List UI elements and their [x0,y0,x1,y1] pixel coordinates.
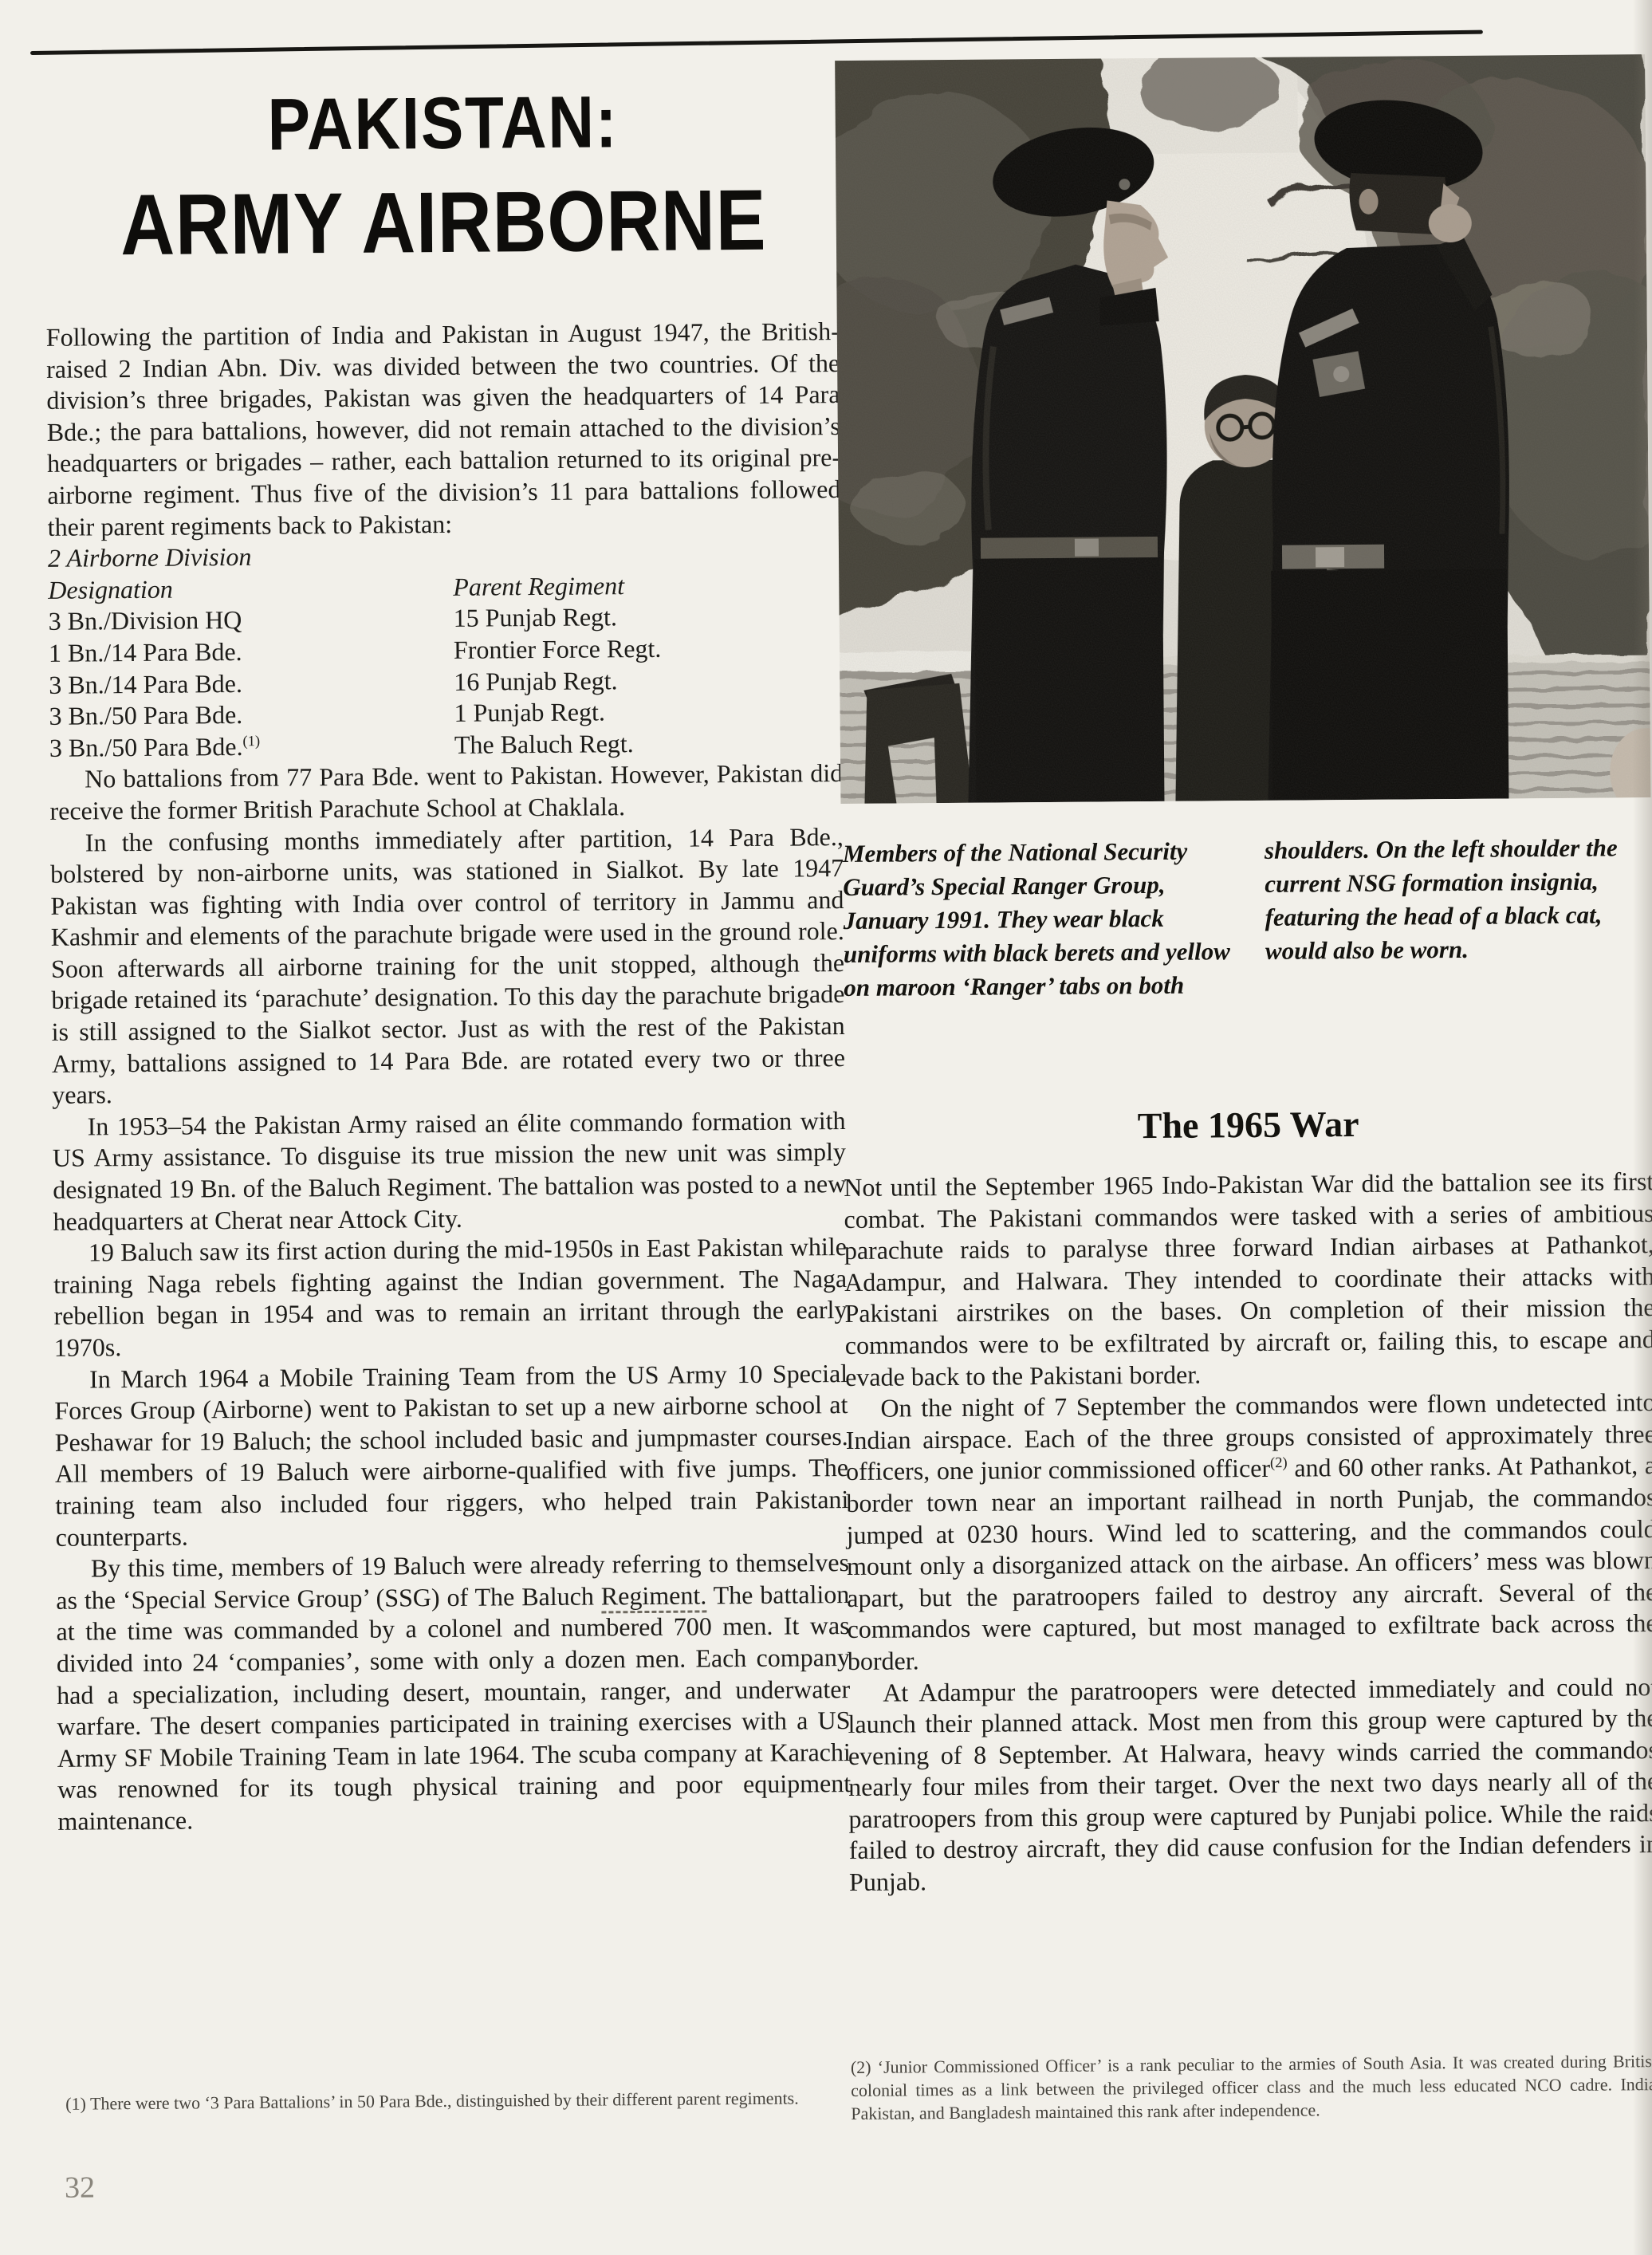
title-line-2: ARMY AIRBORNE [120,177,767,268]
paragraph: In March 1964 a Mobile Training Team fro… [54,1358,849,1553]
left-paragraphs: No battalions from 77 Para Bde. went to … [49,758,852,1837]
cell-parent-regiment: 1 Punjab Regt. [454,695,842,729]
text-run: The battalion at the time was commanded … [56,1580,851,1836]
unit-table-rows: 3 Bn./Division HQ15 Punjab Regt.1 Bn./14… [48,600,843,764]
caption-column-2: shoulders. On the left shoulder the curr… [1265,831,1652,1002]
section-heading-1965-war: The 1965 War [843,1100,1652,1149]
cell-parent-regiment: The Baluch Regt. [454,726,843,761]
text-run: Following the partition of India and Pak… [46,317,841,541]
text-run: In 1953–54 the Pakistan Army raised an é… [53,1106,847,1236]
paragraph: 19 Baluch saw its first action during th… [53,1231,848,1364]
photo-grain [835,54,1650,804]
cell-parent-regiment: 15 Punjab Regt. [453,600,841,634]
unit-table: 2 Airborne Division Designation Parent R… [48,537,843,764]
cell-designation: 3 Bn./50 Para Bde.(1) [49,730,454,765]
column-header-designation: Designation [48,572,453,607]
book-page: PAKISTAN: ARMY AIRBORNE Following the pa… [0,0,1652,2255]
footnote-ref: (2) [1270,1454,1288,1471]
cell-designation: 3 Bn./50 Para Bde. [49,698,454,733]
intro-paragraph: Following the partition of India and Pak… [46,316,841,543]
top-rule [30,30,1483,55]
cell-designation: 3 Bn./Division HQ [48,603,453,638]
footnote-ref: (1) [242,733,260,750]
right-column: Not until the September 1965 Indo-Pakist… [844,1166,1652,1899]
paragraph: Not until the September 1965 Indo-Pakist… [844,1166,1652,1393]
scanned-content: PAKISTAN: ARMY AIRBORNE Following the pa… [0,0,1652,2255]
paragraph: In 1953–54 the Pakistan Army raised an é… [52,1105,846,1238]
paragraph: No battalions from 77 Para Bde. went to … [49,758,844,827]
caption-column-1: Members of the National Security Guard’s… [843,834,1231,1005]
page-title: PAKISTAN: ARMY AIRBORNE [44,84,843,269]
text-run: In the confusing months immediately afte… [50,822,845,1110]
page-number: 32 [65,2170,95,2205]
footnote-1: (1) There were two ‘3 Para Battalions’ i… [65,2086,863,2115]
paragraph: By this time, members of 19 Baluch were … [56,1547,852,1837]
title-line-1: PAKISTAN: [268,86,619,162]
paragraph: In the confusing months immediately afte… [50,821,846,1112]
photo-caption: Members of the National Security Guard’s… [843,831,1652,1005]
scan-edge-shadow [1633,0,1652,2255]
cell-parent-regiment: Frontier Force Regt. [454,632,842,666]
column-header-parent-regiment: Parent Regiment [453,569,841,603]
cell-parent-regiment: 16 Punjab Regt. [454,663,842,698]
text-run: No battalions from 77 Para Bde. went to … [49,758,843,824]
text-run: Not until the September 1965 Indo-Pakist… [844,1167,1652,1391]
cell-designation: 1 Bn./14 Para Bde. [49,635,454,670]
footnote-2: (2) ‘Junior Commissioned Officer’ is a r… [851,2049,1652,2125]
text-run: At Adampur the paratroopers were detecte… [848,1672,1652,1897]
paragraph: On the night of 7 September the commando… [845,1387,1652,1677]
photo-soldiers [835,54,1650,804]
cell-designation: 3 Bn./14 Para Bde. [49,666,454,701]
text-run: 19 Baluch saw its first action during th… [53,1232,848,1362]
text-run: Regiment. [601,1580,707,1613]
paragraph: At Adampur the paratroopers were detecte… [848,1671,1652,1899]
photo-illustration [835,54,1650,804]
left-column: Following the partition of India and Pak… [46,316,852,1837]
text-run: In March 1964 a Mobile Training Team fro… [54,1359,848,1552]
